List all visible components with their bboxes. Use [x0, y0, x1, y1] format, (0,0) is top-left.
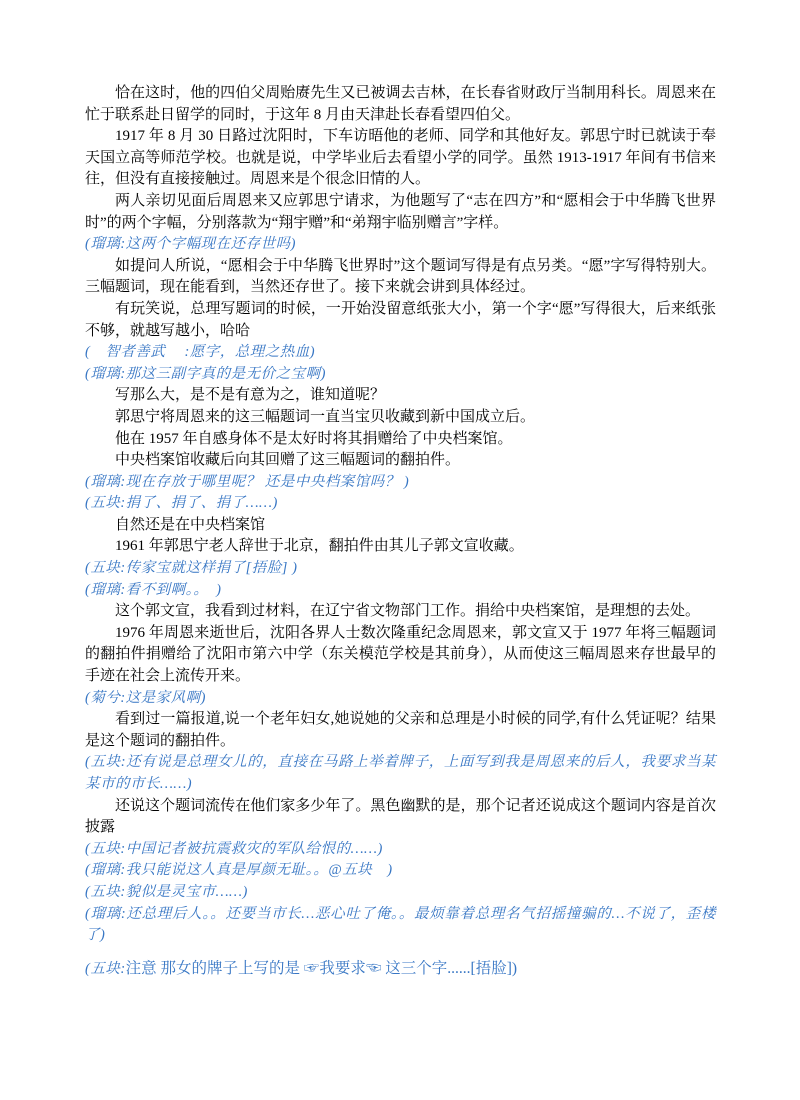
body-paragraph: 郭思宁将周恩来的这三幅题词一直当宝贝收藏到新中国成立后。 [85, 407, 716, 429]
comment-line: (菊兮:这是家风啊) [85, 688, 716, 710]
body-paragraph: 1976 年周恩来逝世后，沈阳各界人士数次隆重纪念周恩来，郭文宣又于 1977 … [85, 623, 716, 688]
body-paragraph: 有玩笑说，总理写题词的时候，一开始没留意纸张大小，第一个字“愿”写得很大，后来纸… [85, 299, 716, 342]
comment-line: (瑠璃:看不到啊。。 ) [85, 580, 716, 602]
body-paragraph: 写那么大，是不是有意为之，谁知道呢？ [85, 385, 716, 407]
document-text-body: 恰在这时，他的四伯父周贻赓先生又已被调去吉林，在长春省财政厅当制用科长。周恩来在… [85, 83, 716, 980]
body-paragraph: 1961 年郭思宁老人辞世于北京，翻拍件由其儿子郭文宣收藏。 [85, 536, 716, 558]
comment-line: (五块:传家宝就这样捐了[捂脸] ) [85, 558, 716, 580]
body-paragraph: 自然还是在中央档案馆 [85, 515, 716, 537]
document-page: 恰在这时，他的四伯父周贻赓先生又已被调去吉林，在长春省财政厅当制用科长。周恩来在… [0, 0, 800, 1100]
body-paragraph: 恰在这时，他的四伯父周贻赓先生又已被调去吉林，在长春省财政厅当制用科长。周恩来在… [85, 83, 716, 126]
comment-line: ( 智者善武 :愿字，总理之热血) [85, 342, 716, 364]
comment-body-text: 注意 那女的牌子上写的是 ☞我要求☜ 这三个字......[捂脸]) [126, 960, 517, 977]
comment-line: (瑠璃:还总理后人。。还要当市长…恶心吐了俺。。最烦靠着总理名气招摇撞骗的…不说… [85, 904, 716, 947]
body-paragraph: 这个郭文宣，我看到过材料，在辽宁省文物部门工作。捐给中央档案馆，是理想的去处。 [85, 601, 716, 623]
comment-line: (瑠璃:那这三副字真的是无价之宝啊) [85, 364, 716, 386]
comment-line: (五块:捐了、捐了、捐了……) [85, 493, 716, 515]
body-paragraph: 他在 1957 年自感身体不是太好时将其捐赠给了中央档案馆。 [85, 429, 716, 451]
comment-line-mixed: (五块:注意 那女的牌子上写的是 ☞我要求☜ 这三个字......[捂脸]) [85, 958, 716, 981]
comment-line: (五块:貌似是灵宝市……) [85, 882, 716, 904]
comment-author-prefix: (五块: [85, 961, 126, 977]
body-paragraph: 两人亲切见面后周恩来又应郭思宁请求，为他题写了“志在四方”和“愿相会于中华腾飞世… [85, 191, 716, 234]
body-paragraph: 如提问人所说，“愿相会于中华腾飞世界时”这个题词写得是有点另类。“愿”字写得特别… [85, 256, 716, 299]
comment-line: (瑠璃:这两个字幅现在还存世吗) [85, 234, 716, 256]
comment-line: (瑠璃:我只能说这人真是厚颜无耻。。@五块 ) [85, 860, 716, 882]
comment-line: (瑠璃:现在存放于哪里呢？ 还是中央档案馆吗？ ) [85, 472, 716, 494]
comment-line: (五块:还有说是总理女儿的，直接在马路上举着牌子，上面写到我是周恩来的后人，我要… [85, 752, 716, 795]
body-paragraph: 1917 年 8 月 30 日路过沈阳时，下车访晤他的老师、同学和其他好友。郭思… [85, 126, 716, 191]
body-paragraph: 还说这个题词流传在他们家多少年了。黑色幽默的是，那个记者还说成这个题词内容是首次… [85, 796, 716, 839]
comment-line: (五块:中国记者被抗震救灾的军队给恨的……) [85, 839, 716, 861]
body-paragraph: 看到过一篇报道,说一个老年妇女,她说她的父亲和总理是小时候的同学,有什么凭证呢？… [85, 709, 716, 752]
body-paragraph: 中央档案馆收藏后向其回赠了这三幅题词的翻拍件。 [85, 450, 716, 472]
